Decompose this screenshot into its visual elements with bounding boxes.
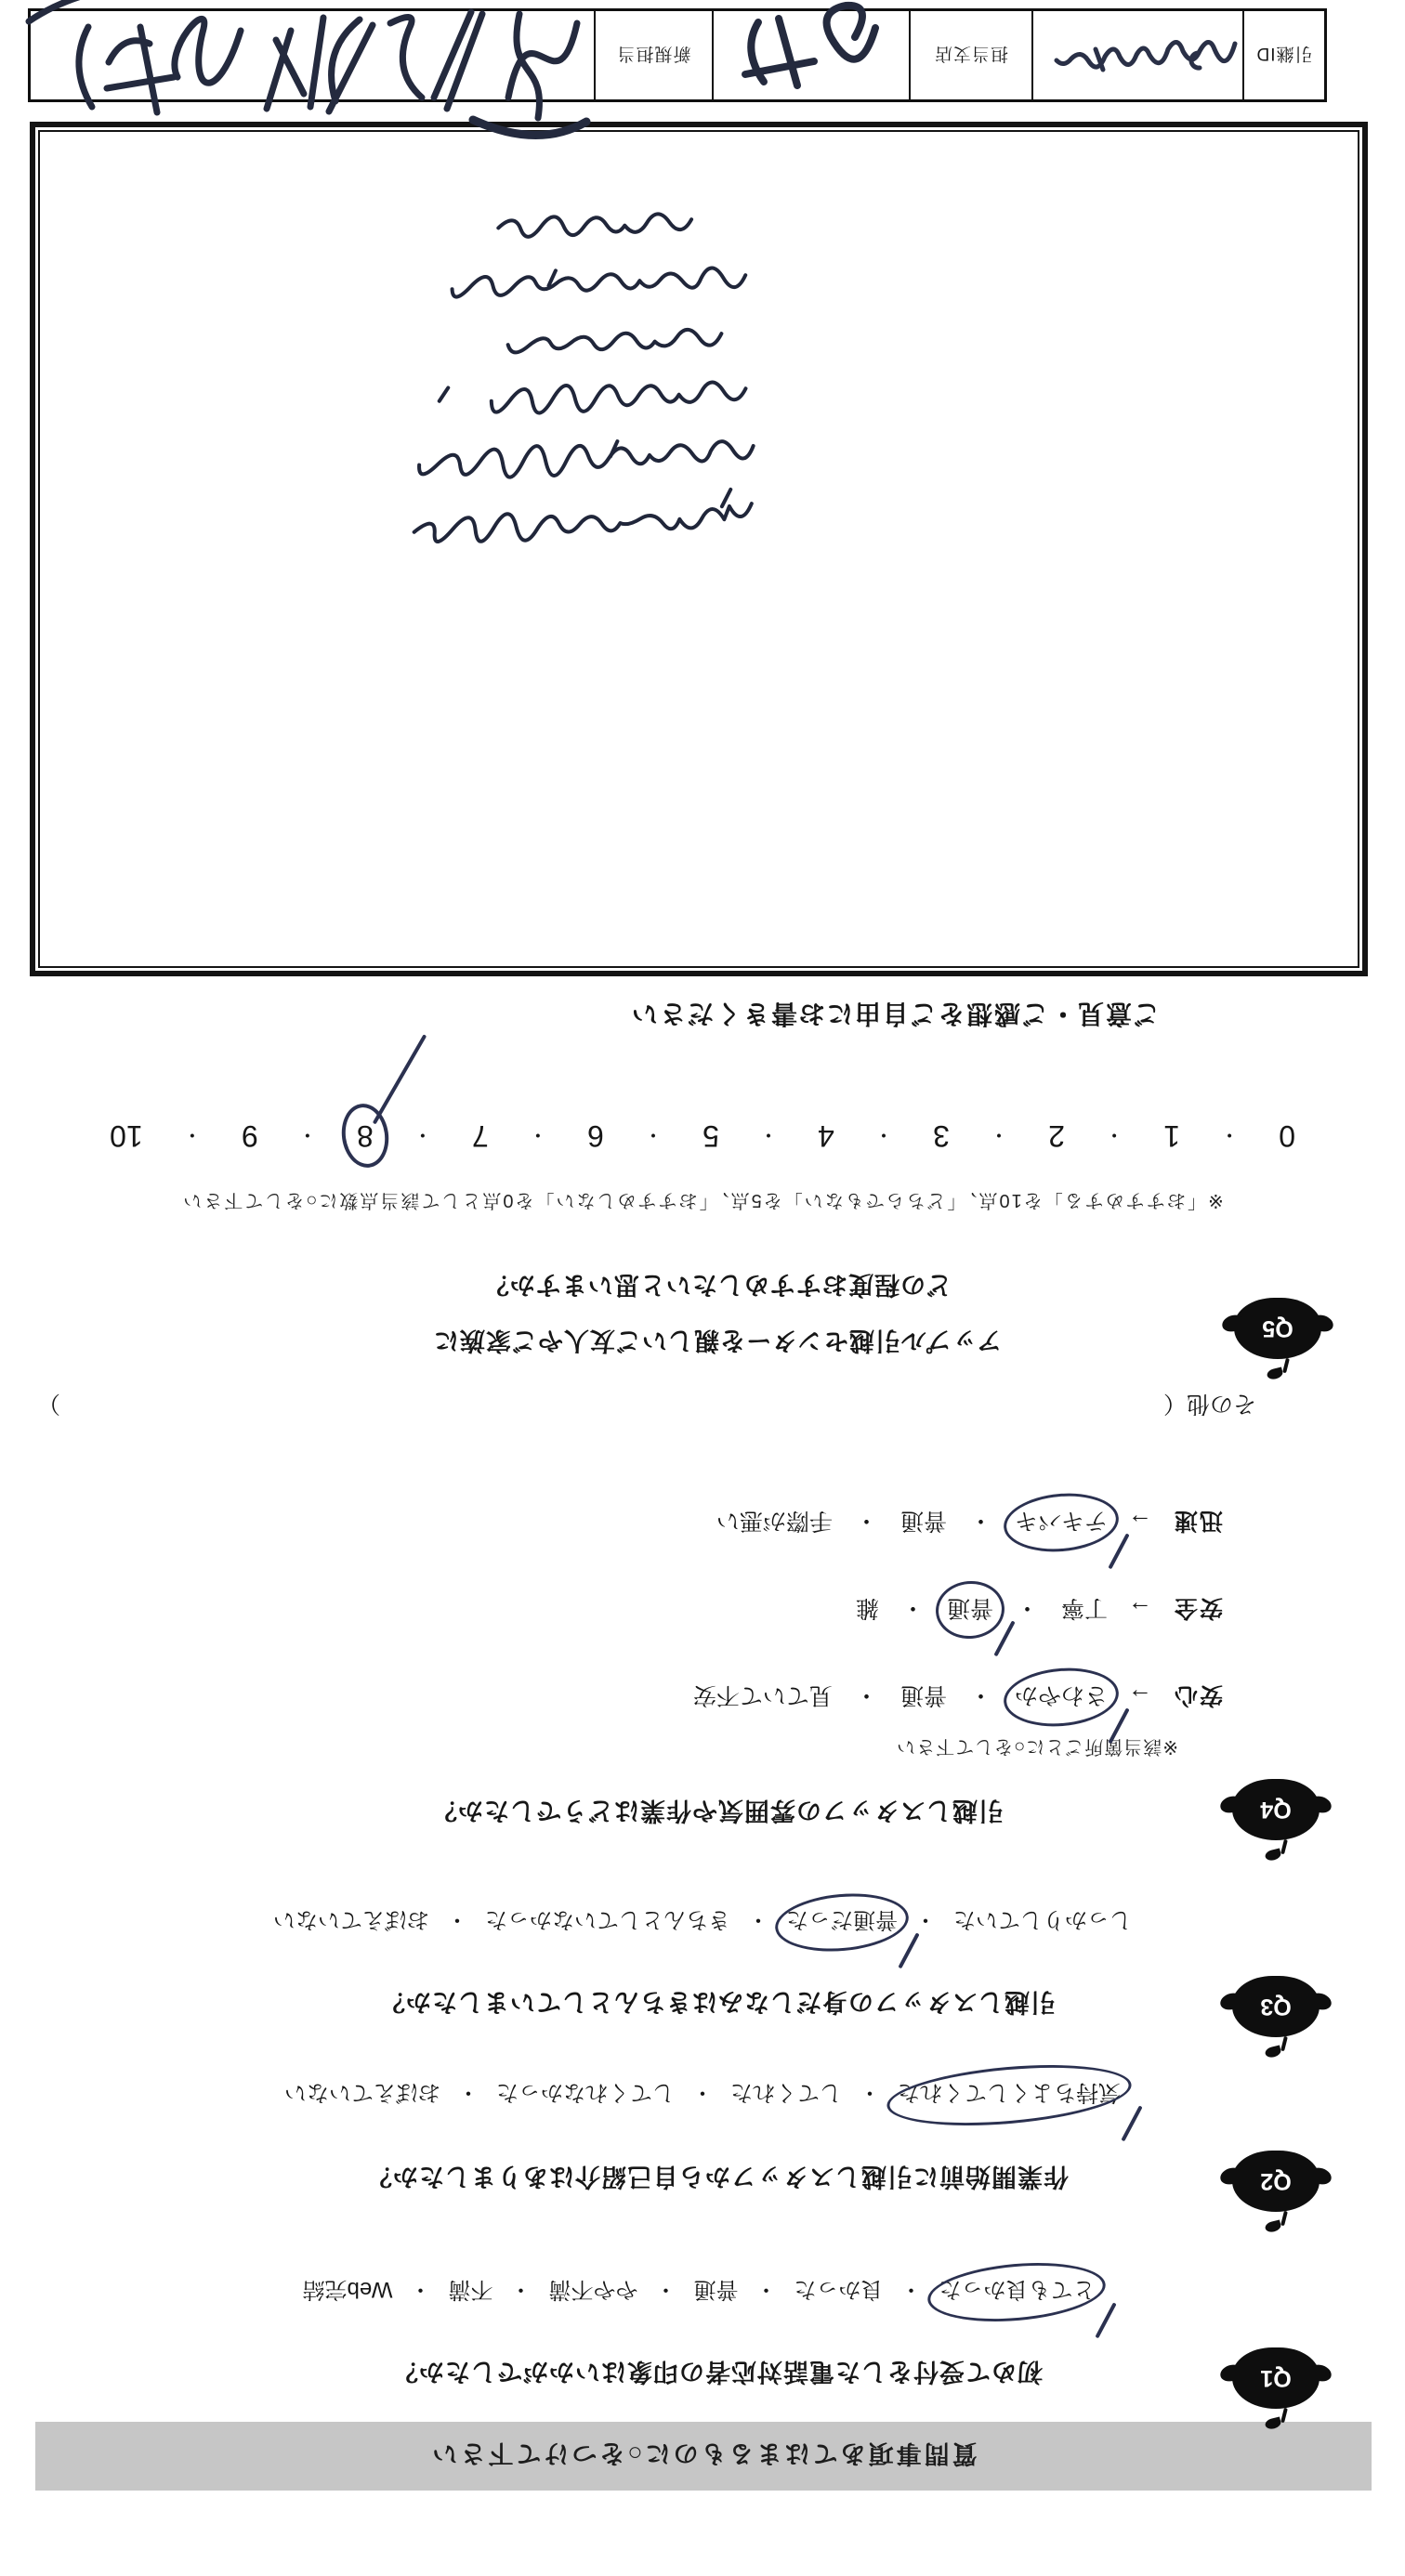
handwritten-signature — [18, 0, 594, 135]
section-title-text: 質問事項あてはまるものに○をつけて下さい — [429, 2439, 977, 2475]
separator-dot: ・ — [989, 1121, 1009, 1150]
option-text: しっかりしていた — [953, 1906, 1132, 1939]
q1-question-text: 初めて受付をした電話対応者の印象はいかがでしたか？ — [262, 2356, 1173, 2392]
q5-badge-label: Q5 — [1262, 1315, 1293, 1342]
option-text: きちんとしていなかった — [485, 1906, 730, 1939]
arrow-glyph: → — [1128, 1683, 1152, 1712]
q5-note: ※「おすすめする」を10点、「どちらでもない」を5点、「おすすめしない」を0点と… — [33, 1189, 1372, 1216]
option-text: してくれなかった — [496, 2079, 675, 2112]
option-text: 不満 — [448, 2276, 492, 2308]
option-text: してくれた — [730, 2079, 842, 2112]
option-text-circled: さわやか — [1015, 1680, 1108, 1714]
separator-dot: ・ — [413, 1121, 433, 1150]
separator-dot: ・ — [691, 2079, 714, 2112]
q4-row-label: 安全 — [1173, 1593, 1223, 1627]
scanned-questionnaire-sheet: 質問事項あてはまるものに○をつけて下さい Q1 初めて受付をした電話対応者の印象… — [0, 0, 1405, 2576]
q4-badge-label: Q4 — [1260, 1797, 1291, 1824]
badge-sprout-icon — [1280, 2036, 1288, 2051]
badge-sprout-icon — [1280, 1839, 1288, 1854]
q4-row: 安心→さわやか・普通・見ていて不安 — [201, 1680, 1223, 1714]
separator-dot: ・ — [182, 1121, 203, 1150]
handover-id-label-cell: 引継ID — [1244, 11, 1324, 99]
scale-number: 2 — [1048, 1118, 1065, 1153]
handover-id-label: 引継ID — [1256, 43, 1313, 68]
option-text: 普通 — [693, 2276, 738, 2308]
separator-dot: ・ — [1219, 1121, 1240, 1150]
scale-number: 5 — [702, 1118, 719, 1153]
q4-row: 安全→丁寧・普通・雑 — [201, 1593, 1223, 1627]
handover-id-value-cell — [1033, 11, 1244, 99]
other-close-paren: ） — [37, 1389, 60, 1422]
q4-row-label: 迅速 — [1173, 1506, 1223, 1539]
q5-question-line2: どの程度おすすめしたいと思いますか？ — [262, 1269, 1173, 1305]
section-title-bar: 質問事項あてはまるものに○をつけて下さい — [35, 2422, 1372, 2491]
scale-number: 4 — [818, 1118, 834, 1153]
q4-row: 迅速→テキパキ・普通・手際が悪い — [201, 1506, 1223, 1539]
scale-number: 1 — [1163, 1118, 1180, 1153]
scale-number: 0 — [1279, 1118, 1295, 1153]
separator-dot: ・ — [457, 2079, 479, 2112]
option-text-circled: とても良かった — [939, 2276, 1095, 2308]
separator-dot: ・ — [409, 2276, 431, 2308]
handwritten-branch-name — [714, 5, 909, 107]
option-text: Web完結 — [303, 2276, 393, 2308]
scale-number-circled: 8 — [357, 1118, 374, 1153]
branch-value-cell — [714, 11, 911, 99]
q4-rating-rows: 安心→さわやか・普通・見ていて不安安全→丁寧・普通・雑迅速→テキパキ・普通・手際… — [201, 1452, 1223, 1714]
option-text: 良かった — [794, 2276, 883, 2308]
separator-dot: ・ — [901, 1593, 925, 1627]
scale-number: 3 — [933, 1118, 950, 1153]
option-text: おぼえていない — [284, 2079, 440, 2112]
new-rep-label-cell: 新規担当 — [596, 11, 714, 99]
q3-badge-label: Q3 — [1260, 1994, 1291, 2020]
separator-dot: ・ — [755, 2276, 777, 2308]
separator-dot: ・ — [528, 1121, 548, 1150]
q3-question-text: 引越しスタッフの身だしなみはきちんとしていましたか？ — [262, 1986, 1173, 2022]
option-text: 雑 — [856, 1593, 879, 1627]
q1-options: とても良かった・良かった・普通・やや不満・不満・Web完結 — [104, 2276, 1293, 2308]
other-label: その他（ — [1163, 1389, 1256, 1422]
q4-question-text: 引越しスタッフの雰囲気や作業はどうでしたか？ — [262, 1795, 1173, 1831]
q2-question-text: 作業開始前に引越しスタッフから自己紹介はありましたか？ — [262, 2161, 1173, 2197]
q5-question-line1: アップル引越センターを親しいご友人やご家族に — [262, 1325, 1173, 1361]
option-text-circled: テキパキ — [1015, 1506, 1108, 1539]
separator-dot: ・ — [873, 1121, 894, 1150]
option-text: おぼえていない — [273, 1906, 429, 1939]
option-text: 普通 — [900, 1680, 947, 1714]
option-text-circled: 普通 — [947, 1593, 993, 1627]
branch-label-cell: 担当支店 — [911, 11, 1033, 99]
badge-sprout-icon — [1282, 1358, 1290, 1373]
separator-dot: ・ — [297, 1121, 318, 1150]
nps-scale-row: 0・1・2・3・4・5・6・7・8・9・10 — [110, 1118, 1295, 1153]
handwritten-id-number — [1031, 19, 1245, 93]
q5-badge: Q5 — [1234, 1298, 1321, 1359]
separator-dot: ・ — [1016, 1593, 1039, 1627]
option-text: やや不満 — [548, 2276, 637, 2308]
separator-dot: ・ — [509, 2276, 532, 2308]
separator-dot: ・ — [855, 1680, 878, 1714]
separator-dot: ・ — [855, 1506, 878, 1539]
new-rep-signature-cell — [31, 11, 596, 99]
q2-options: 気持ちよくしてくれた・してくれた・してくれなかった・おぼえていない — [28, 2079, 1377, 2112]
scale-number: 10 — [110, 1118, 143, 1153]
separator-dot: ・ — [446, 1906, 468, 1939]
separator-dot: ・ — [747, 1906, 769, 1939]
arrow-glyph: → — [1128, 1509, 1152, 1537]
q1-badge: Q1 — [1232, 2347, 1320, 2409]
separator-dot: ・ — [969, 1506, 992, 1539]
option-text: 見ていて不安 — [693, 1680, 833, 1714]
q2-badge-label: Q2 — [1260, 2168, 1291, 2195]
scale-number: 6 — [587, 1118, 604, 1153]
q2-badge: Q2 — [1232, 2151, 1320, 2212]
branch-label: 担当支店 — [934, 43, 1008, 68]
arrow-glyph: → — [1128, 1596, 1152, 1625]
option-text: 手際が悪い — [716, 1506, 833, 1539]
option-text-circled: 気持ちよくしてくれた — [898, 2079, 1121, 2112]
q4-badge: Q4 — [1232, 1779, 1320, 1840]
scale-number: 7 — [472, 1118, 489, 1153]
option-text-circled: 普通だった — [786, 1906, 898, 1939]
option-text: 丁寧 — [1061, 1593, 1108, 1627]
q4-note: ※該当箇所ごとに○をして下さい — [896, 1735, 1178, 1762]
badge-sprout-icon — [1280, 2408, 1288, 2423]
separator-dot: ・ — [758, 1121, 779, 1150]
comment-box — [30, 122, 1368, 976]
separator-dot: ・ — [859, 2079, 881, 2112]
separator-dot: ・ — [1104, 1121, 1124, 1150]
separator-dot: ・ — [969, 1680, 992, 1714]
q3-options: しっかりしていた・普通だった・きちんとしていなかった・おぼえていない — [28, 1906, 1377, 1939]
scale-number: 9 — [242, 1118, 258, 1153]
q4-other-row: その他（ ） — [37, 1389, 1256, 1422]
separator-dot: ・ — [654, 2276, 676, 2308]
q1-badge-label: Q1 — [1260, 2365, 1291, 2392]
comment-section-header: ご意見・ご感想をご自由にお書きください — [630, 997, 1160, 1034]
q4-row-label: 安心 — [1173, 1680, 1223, 1714]
staff-table: 引継ID 担当支店 — [28, 8, 1327, 102]
separator-dot: ・ — [643, 1121, 663, 1150]
new-rep-label: 新規担当 — [617, 43, 691, 68]
option-text: 普通 — [900, 1506, 947, 1539]
separator-dot: ・ — [899, 2276, 922, 2308]
q3-badge: Q3 — [1232, 1976, 1320, 2037]
badge-sprout-icon — [1280, 2211, 1288, 2226]
handwritten-comment — [270, 172, 754, 534]
